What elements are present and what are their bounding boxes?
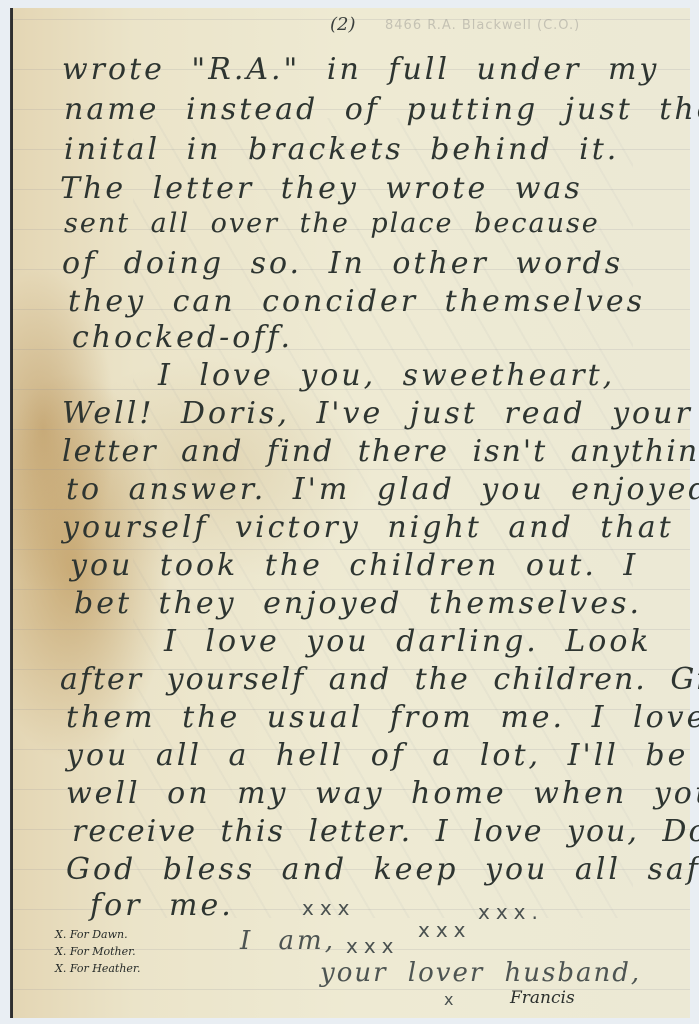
letter-line: sent all over the place because — [64, 208, 600, 239]
letter-line: name instead of putting just the — [64, 92, 699, 127]
letter-line: of doing so. In other words — [62, 246, 623, 281]
letter-line: well on my way home when you — [66, 776, 699, 811]
letter-line: chocked-off. — [72, 320, 293, 355]
letter-line: for me. — [90, 888, 234, 923]
letter-line: them the usual from me. I love — [66, 700, 699, 735]
closing-husband: your lover husband, — [320, 958, 641, 988]
letter-line: God bless and keep you all safe — [66, 852, 699, 887]
letter-line: The letter they wrote was — [60, 171, 583, 206]
letter-line: I love you, sweetheart, — [158, 358, 615, 393]
kisses: xxx — [302, 896, 356, 920]
letter-line: receive this letter. I love you, Doris, — [72, 814, 699, 849]
letter-line: you took the children out. I — [70, 548, 638, 583]
kisses: xxx. — [478, 900, 544, 924]
signature-kiss: x — [444, 990, 459, 1009]
faint-header-stamp: 8466 R.A. Blackwell (C.O.) — [385, 18, 580, 33]
letter-line: after yourself and the children. Give — [60, 662, 699, 697]
closing-i-am: I am, — [240, 926, 336, 956]
letter-line: yourself victory night and that — [62, 510, 674, 545]
letter-line: inital in brackets behind it. — [64, 132, 619, 167]
page-number: (2) — [330, 14, 356, 35]
signature: Francis — [510, 988, 575, 1008]
letter-line: they can concider themselves — [68, 284, 645, 319]
letter-line: to answer. I'm glad you enjoyed — [66, 472, 699, 507]
postscript-line: X. For Dawn. — [55, 928, 128, 941]
kisses: xxx — [418, 918, 472, 942]
letter-line: letter and find there isn't anything — [62, 434, 699, 469]
letter-line: I love you darling. Look — [164, 624, 652, 659]
letter-line: bet they enjoyed themselves. — [74, 586, 642, 621]
postscript-line: X. For Heather. — [55, 962, 140, 975]
postscript-line: X. For Mother. — [55, 945, 136, 958]
letter-line: you all a hell of a lot, I'll be — [66, 738, 688, 773]
letter-line: wrote "R.A." in full under my — [62, 52, 659, 87]
letter-line: Well! Doris, I've just read your — [62, 396, 693, 431]
kisses: xxx — [346, 934, 400, 958]
